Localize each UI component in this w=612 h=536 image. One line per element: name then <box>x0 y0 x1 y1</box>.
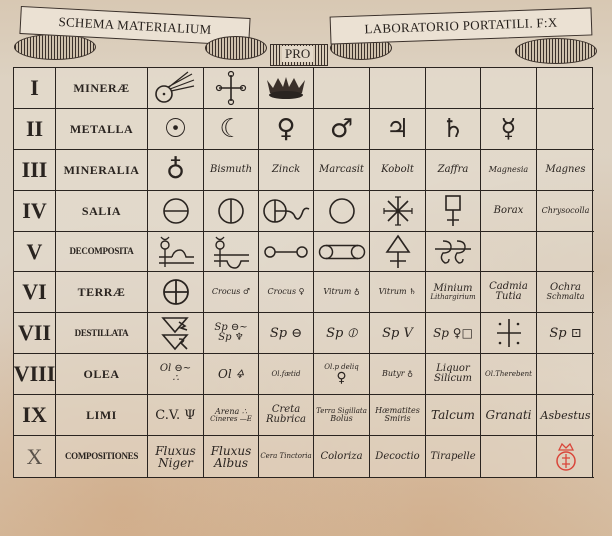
empty-cell <box>537 109 594 150</box>
empty-cell <box>481 232 537 272</box>
material-label-two-line: Minium Lithargirium <box>426 272 481 313</box>
banner-curl-mid-left <box>205 36 267 60</box>
material-label: Butyr ♁ <box>370 354 426 395</box>
decomposita-6-icon <box>426 232 481 272</box>
banner-left-text: SCHEMA MATERIALIUM <box>58 14 212 38</box>
sal-ammoniac-icon <box>370 191 426 232</box>
borax-icon <box>314 232 370 272</box>
label-line-2: Albus <box>214 457 248 469</box>
material-label: Talcum <box>426 395 481 436</box>
row-numeral: VIII <box>14 354 56 395</box>
material-label: Granati <box>481 395 537 436</box>
row-category: LIMI <box>56 395 148 436</box>
label-line-2: ♀ <box>336 371 346 385</box>
empty-cell <box>537 354 594 395</box>
label-line-2: Cineres —E <box>210 416 252 423</box>
empty-cell <box>426 68 481 109</box>
empty-cell <box>370 68 426 109</box>
row-category: MINERÆ <box>56 68 148 109</box>
banner-curl-right <box>515 38 597 64</box>
earth-icon <box>148 272 204 313</box>
material-label-two-line: Fluxus Albus <box>204 436 259 478</box>
material-label: Decoctio <box>370 436 426 478</box>
banner-right-text: LABORATORIO PORTATILI. F:X <box>364 15 558 38</box>
material-label: Crocus ♂ <box>204 272 259 313</box>
vitriol-icon <box>259 191 314 232</box>
label-line-2: Bolus <box>330 415 353 423</box>
row-category: DECOMPOSITA <box>56 232 148 272</box>
row-numeral: III <box>14 150 56 191</box>
material-label: Zinck <box>259 150 314 191</box>
material-label: Magnes <box>537 150 594 191</box>
empty-cell <box>314 68 370 109</box>
mars-iron-icon: ♂ <box>314 109 370 150</box>
library-stamp-icon <box>537 436 594 478</box>
material-label-two-line: Liquor Silicum <box>426 354 481 395</box>
material-label: C.V. Ψ <box>148 395 204 436</box>
material-label: Crocus ♀ <box>259 272 314 313</box>
label-line-2: Smiris <box>384 415 410 423</box>
row-numeral: I <box>14 68 56 109</box>
material-label: Chrysocolla <box>537 191 594 232</box>
banner-center: PRO <box>270 44 328 66</box>
label-line-1: Minium <box>434 284 473 294</box>
material-label: Marcasit <box>314 150 370 191</box>
sun-gold-icon: ☉ <box>148 109 204 150</box>
material-label-two-line: Ol.p deliq ♀ <box>314 354 370 395</box>
materials-table: I MINERÆ II METALLA ☉ ☾ ♀ ♂ ♃ ♄ ☿ III MI… <box>13 67 593 478</box>
row-category: MINERALIA <box>56 150 148 191</box>
salt-icon <box>148 191 204 232</box>
material-label-two-line: Ol ⊖~ ∴ <box>148 354 204 395</box>
label-line-2: Sp ♆ <box>218 333 243 343</box>
label-line-2: Silicum <box>434 374 472 384</box>
material-label: Sp ⊡ <box>537 313 594 354</box>
row-numeral: IV <box>14 191 56 232</box>
material-label: Borax <box>481 191 537 232</box>
material-label: Zaffra <box>426 150 481 191</box>
label-line-2: ∴ <box>172 374 178 384</box>
moon-silver-icon: ☾ <box>204 109 259 150</box>
material-label: Sp ⊖ <box>259 313 314 354</box>
material-label-two-line: Terra Sigillata Bolus <box>314 395 370 436</box>
row-category: METALLA <box>56 109 148 150</box>
banner-curl-left <box>14 34 96 60</box>
label-line-2: Rubrica <box>266 415 306 425</box>
row-category: SALIA <box>56 191 148 232</box>
circle-icon <box>314 191 370 232</box>
row-category: COMPOSITIONES <box>56 436 148 478</box>
material-label: Cera Tinctoria <box>259 436 314 478</box>
row-numeral: VI <box>14 272 56 313</box>
empty-cell <box>481 68 537 109</box>
label-line-1: Fluxus <box>155 445 196 457</box>
banner-center-text: PRO <box>282 46 313 62</box>
venus-copper-icon: ♀ <box>259 109 314 150</box>
material-label-two-line: Ochra Schmalta <box>537 272 594 313</box>
material-label: Magnesia <box>481 150 537 191</box>
material-label-two-line: Arena ∴ Cineres —E <box>204 395 259 436</box>
material-label-two-line: Sp ⊖~ Sp ♆ <box>204 313 259 354</box>
empty-cell <box>537 232 594 272</box>
label-line-2: Lithargirium <box>430 294 475 301</box>
material-label: Ol 🜍 <box>204 354 259 395</box>
material-label: Ol.fætid <box>259 354 314 395</box>
aqua-fortis-regia-icon <box>148 313 204 354</box>
material-label: Vitrum ♄ <box>370 272 426 313</box>
material-label-two-line: Fluxus Niger <box>148 436 204 478</box>
jupiter-tin-icon: ♃ <box>370 109 426 150</box>
antimony-icon: ♁ <box>148 150 204 191</box>
material-label: Sp ♀□ <box>426 313 481 354</box>
mercury-icon: ☿ <box>481 109 537 150</box>
material-label: Coloriza <box>314 436 370 478</box>
alum-icon <box>426 191 481 232</box>
label-line-2: Tutia <box>495 292 521 302</box>
label-line-1: Fluxus <box>211 445 252 457</box>
empty-cell <box>481 436 537 478</box>
comet-icon <box>148 68 204 109</box>
material-label-two-line: Creta Rubrica <box>259 395 314 436</box>
label-line-2: Schmalta <box>546 293 584 301</box>
material-label: Bismuth <box>204 150 259 191</box>
dotted-cross-icon <box>481 313 537 354</box>
saturn-lead-icon: ♄ <box>426 109 481 150</box>
material-label: Sp V <box>370 313 426 354</box>
row-numeral: VII <box>14 313 56 354</box>
nitre-icon <box>204 191 259 232</box>
row-numeral: V <box>14 232 56 272</box>
crown-icon <box>259 68 314 109</box>
row-numeral: IX <box>14 395 56 436</box>
material-label: Ol.Therebent <box>481 354 537 395</box>
arsenic-icon <box>259 232 314 272</box>
row-numeral: X <box>14 436 56 478</box>
cross-circles-icon <box>204 68 259 109</box>
material-label-two-line: Hæmatites Smiris <box>370 395 426 436</box>
row-category: OLEA <box>56 354 148 395</box>
material-label: Vitrum ♁ <box>314 272 370 313</box>
material-label-two-line: Cadmia Tutia <box>481 272 537 313</box>
material-label: Asbestus <box>537 395 594 436</box>
decomposita-2-icon <box>204 232 259 272</box>
material-label: Kobolt <box>370 150 426 191</box>
sulfur-triangle-icon <box>370 232 426 272</box>
row-category: TERRÆ <box>56 272 148 313</box>
row-category: DESTILLATA <box>56 313 148 354</box>
material-label: Sp ⦶ <box>314 313 370 354</box>
decomposita-1-icon <box>148 232 204 272</box>
label-line-2: Niger <box>158 457 193 469</box>
row-numeral: II <box>14 109 56 150</box>
empty-cell <box>537 68 594 109</box>
material-label: Tirapelle <box>426 436 481 478</box>
